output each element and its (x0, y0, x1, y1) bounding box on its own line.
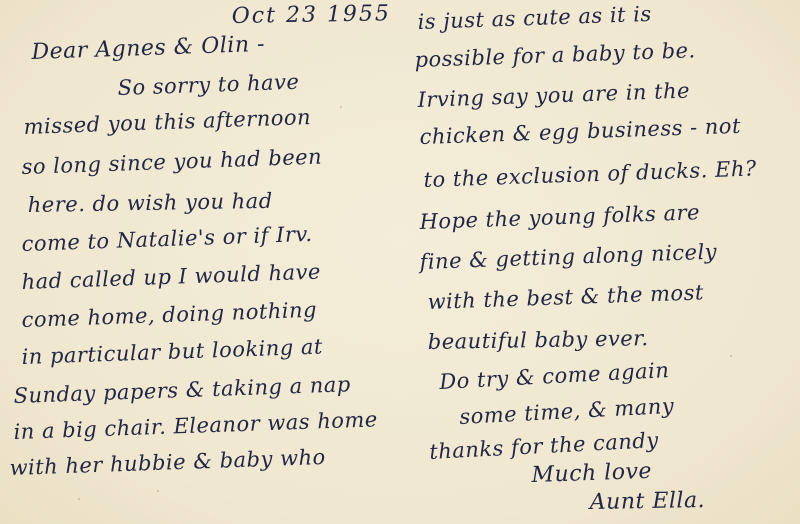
left-line-6: had called up I would have (21, 260, 321, 294)
paper-speck (157, 490, 159, 492)
left-line-4: here. do wish you had (28, 189, 273, 217)
left-line-10: in a big chair. Eleanor was home (13, 407, 378, 444)
left-line-7: come home, doing nothing (21, 298, 317, 332)
letter-date: Oct 23 1955 (232, 1, 392, 29)
paper-speck (730, 355, 732, 357)
right-line-4: chicken & egg business - not (419, 114, 741, 149)
letter-paper: Oct 23 1955 Dear Agnes & Olin - So sorry… (0, 0, 800, 524)
left-line-8: in particular but looking at (21, 334, 323, 369)
closing: Much love (531, 459, 652, 488)
right-line-6: Hope the young folks are (419, 200, 700, 234)
left-line-1: So sorry to have (117, 70, 300, 100)
right-line-10: Do try & come again (439, 358, 670, 394)
left-line-3: so long since you had been (21, 145, 322, 179)
right-line-8: with the best & the most (427, 280, 704, 314)
signature: Aunt Ella. (590, 488, 706, 515)
salutation: Dear Agnes & Olin - (31, 32, 265, 65)
right-line-1: is just as cute as it is (417, 2, 652, 34)
right-line-12: thanks for the candy (429, 428, 659, 464)
right-line-2: possible for a baby to be. (414, 38, 696, 72)
left-line-11: with her hubbie & baby who (9, 445, 326, 480)
paper-speck (340, 106, 342, 108)
right-line-5: to the exclusion of ducks. Eh? (423, 156, 757, 192)
paper-speck (78, 498, 80, 500)
left-line-9: Sunday papers & taking a nap (13, 372, 351, 408)
right-line-9: beautiful baby ever. (428, 326, 649, 354)
right-line-3: Irving say you are in the (417, 79, 690, 112)
right-line-11: some time, & many (459, 394, 675, 429)
left-line-5: come to Natalie's or if Irv. (21, 222, 313, 256)
left-line-2: missed you this afternoon (23, 105, 311, 139)
right-line-7: fine & getting along nicely (419, 240, 717, 274)
